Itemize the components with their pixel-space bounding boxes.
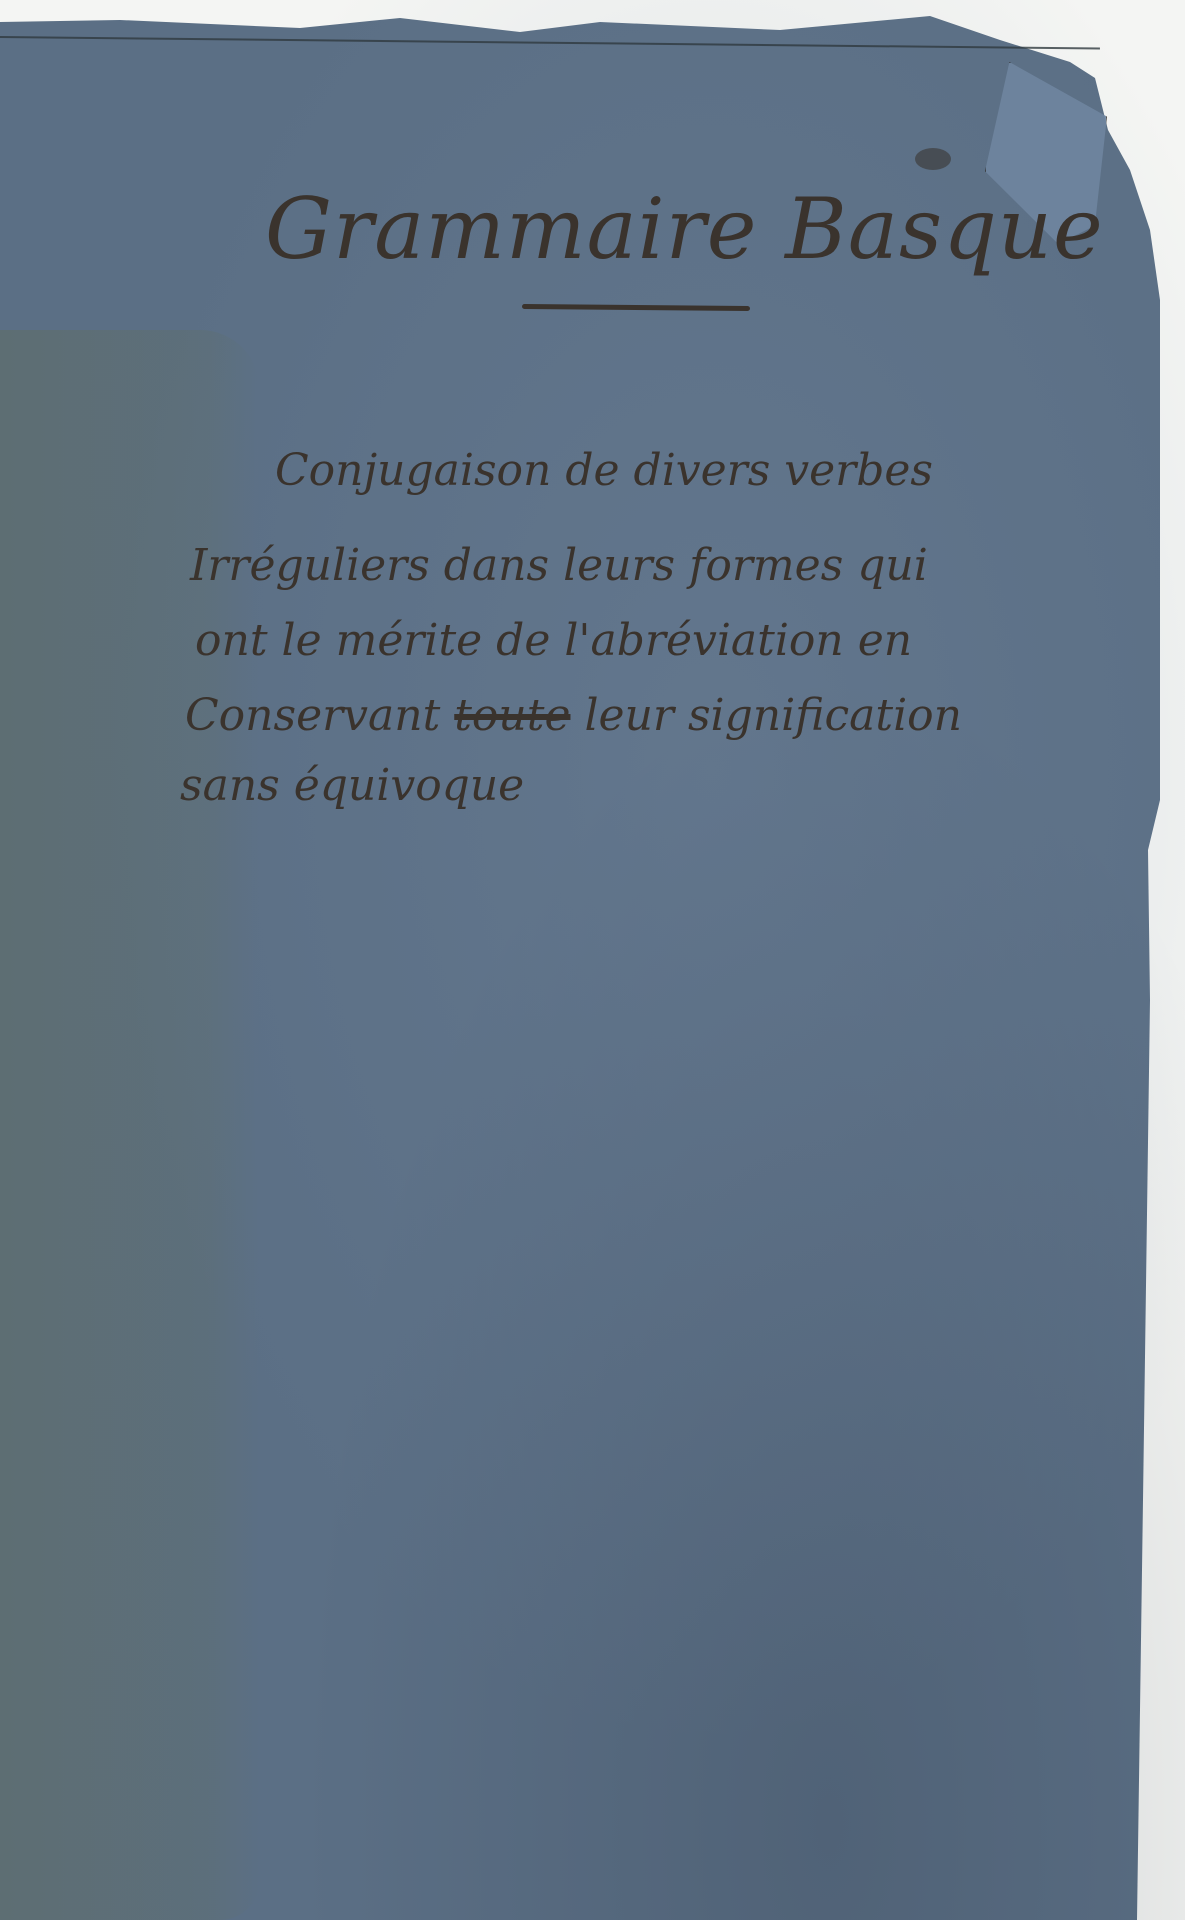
body-line-5: sans équivoque — [180, 760, 524, 811]
body-line-4-after: leur signification — [570, 690, 962, 741]
body-line-4: Conservant toute leur signification — [185, 690, 962, 741]
body-line-1: Conjugaison de divers verbes — [275, 445, 933, 496]
ink-blot — [915, 148, 951, 170]
body-line-2: Irréguliers dans leurs formes qui — [190, 540, 928, 591]
body-line-3: ont le mérite de l'abréviation en — [195, 615, 912, 666]
body-line-4-before: Conservant — [185, 690, 454, 741]
page-title: Grammaire Basque — [265, 180, 1104, 278]
struck-word: toute — [454, 690, 570, 741]
paper-shading — [0, 0, 1185, 1920]
